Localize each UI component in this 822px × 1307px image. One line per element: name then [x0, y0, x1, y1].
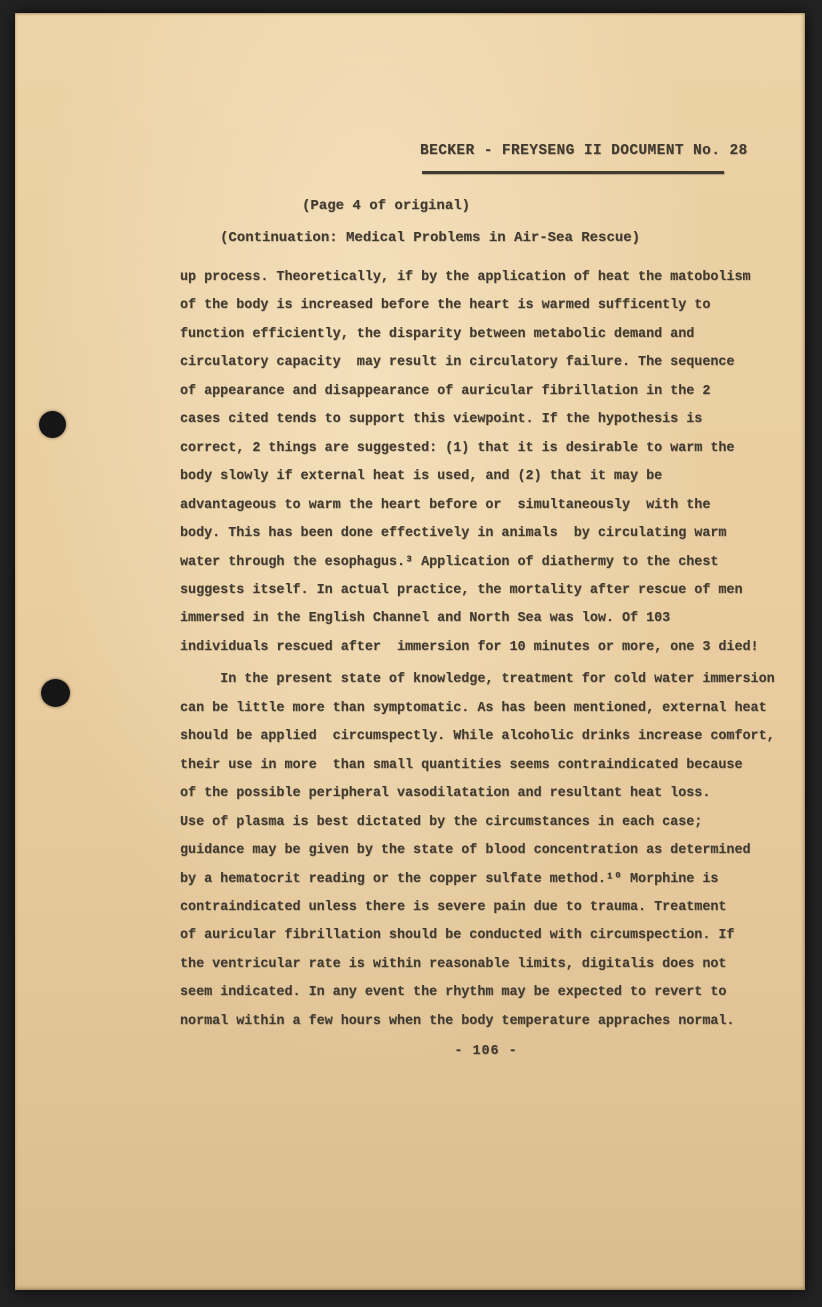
text-line: contraindicated unless there is severe p…: [180, 894, 792, 922]
text-line: water through the esophagus.³ Applicatio…: [180, 549, 792, 577]
text-line: Use of plasma is best dictated by the ci…: [180, 809, 792, 837]
text-line: body slowly if external heat is used, an…: [180, 463, 792, 491]
text-line: by a hematocrit reading or the copper su…: [180, 866, 792, 894]
text-line: correct, 2 things are suggested: (1) tha…: [180, 435, 792, 463]
text-line: can be little more than symptomatic. As …: [180, 695, 792, 723]
text-line: guidance may be given by the state of bl…: [180, 837, 792, 865]
text-line: normal within a few hours when the body …: [180, 1008, 792, 1036]
scan-background: BECKER - FREYSENG II DOCUMENT No. 28 (Pa…: [0, 0, 822, 1307]
header-underline: [422, 171, 724, 174]
text-line: of the possible peripheral vasodilatatio…: [180, 780, 792, 808]
text-line: circulatory capacity may result in circu…: [180, 349, 792, 377]
document-header-title: BECKER - FREYSENG II DOCUMENT No. 28: [420, 142, 792, 160]
page-of-original-label: (Page 4 of original): [180, 197, 792, 216]
text-line: advantageous to warm the heart before or…: [180, 492, 792, 520]
text-line: immersed in the English Channel and Nort…: [180, 605, 792, 633]
text-line: of appearance and disappearance of auric…: [180, 378, 792, 406]
document-page: BECKER - FREYSENG II DOCUMENT No. 28 (Pa…: [15, 13, 805, 1290]
page-number: - 106 -: [180, 1042, 792, 1062]
text-line: up process. Theoretically, if by the app…: [180, 264, 792, 292]
paragraph: In the present state of knowledge, treat…: [180, 666, 792, 1036]
punch-hole-top: [39, 411, 66, 438]
text-line: the ventricular rate is within reasonabl…: [180, 951, 792, 979]
document-body: up process. Theoretically, if by the app…: [180, 264, 792, 1036]
text-line: of auricular fibrillation should be cond…: [180, 922, 792, 950]
text-line: suggests itself. In actual practice, the…: [180, 577, 792, 605]
text-line: seem indicated. In any event the rhythm …: [180, 979, 792, 1007]
text-line: should be applied circumspectly. While a…: [180, 723, 792, 751]
text-line: In the present state of knowledge, treat…: [180, 666, 792, 694]
text-line: cases cited tends to support this viewpo…: [180, 406, 792, 434]
text-line: their use in more than small quantities …: [180, 752, 792, 780]
paragraph: up process. Theoretically, if by the app…: [180, 264, 792, 662]
text-line: individuals rescued after immersion for …: [180, 634, 792, 662]
text-line: function efficiently, the disparity betw…: [180, 321, 792, 349]
punch-hole-bottom: [41, 679, 70, 707]
text-line: body. This has been done effectively in …: [180, 520, 792, 548]
page-content: BECKER - FREYSENG II DOCUMENT No. 28 (Pa…: [180, 13, 792, 1290]
text-line: of the body is increased before the hear…: [180, 292, 792, 320]
continuation-title: (Continuation: Medical Problems in Air-S…: [180, 229, 792, 248]
